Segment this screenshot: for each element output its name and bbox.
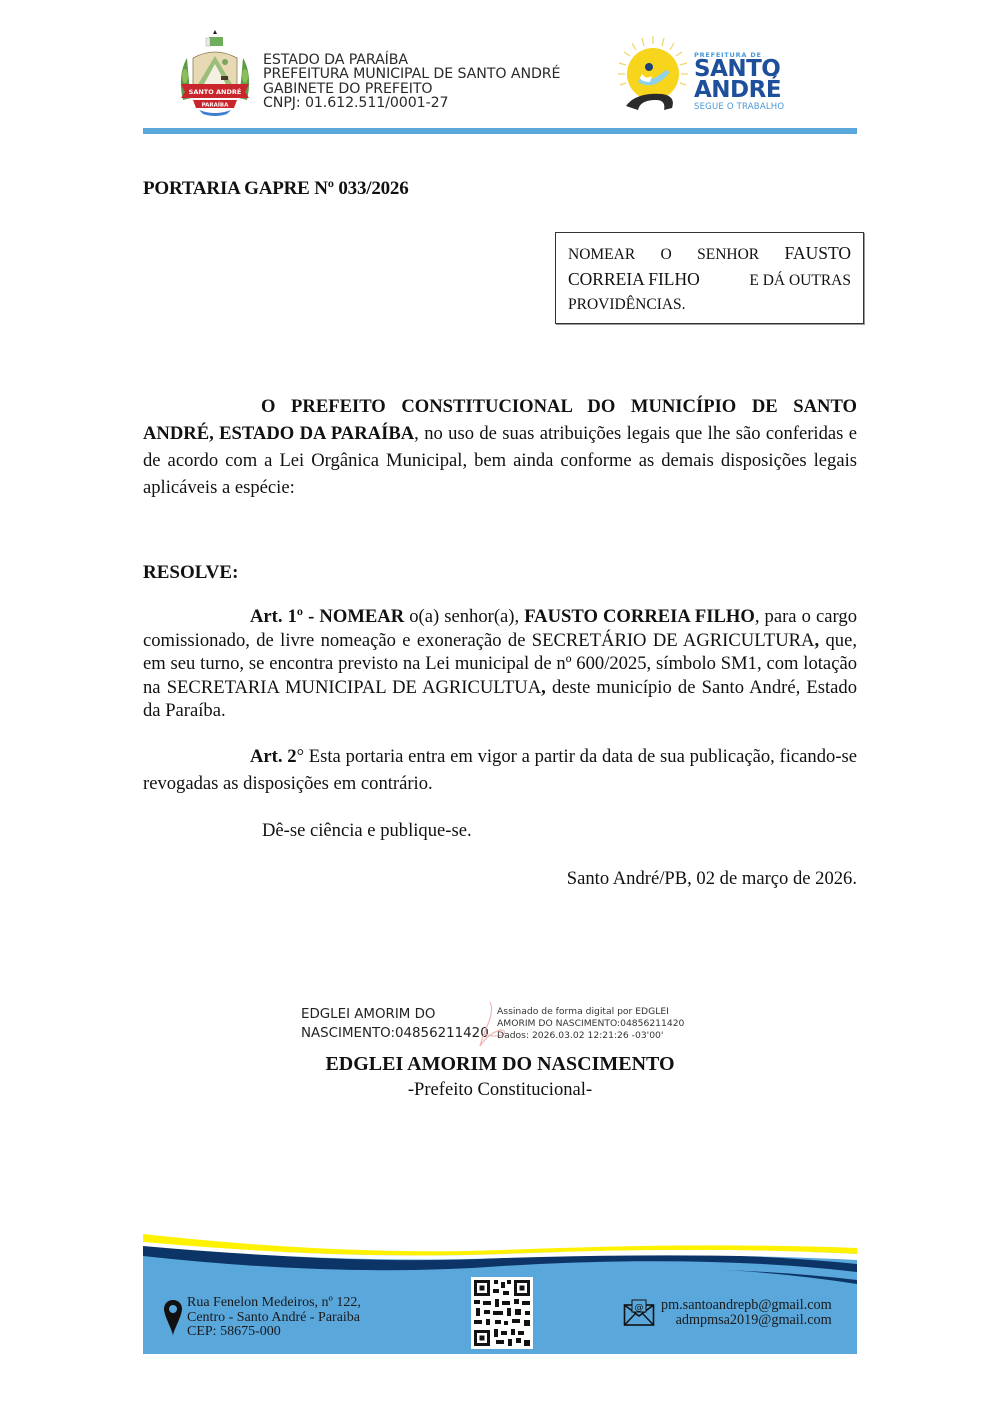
- closing-formula: Dê-se ciência e publique-se.: [262, 820, 472, 842]
- signatory-role: -Prefeito Constitucional-: [0, 1079, 1000, 1101]
- brand-logo: PREFEITURA DE SANTO ANDRÉ SEGUE O TRABAL…: [616, 34, 816, 124]
- signatory-printed-name: EDGLEI AMORIM DO NASCIMENTO: [0, 1053, 1000, 1076]
- brand-wordmark: PREFEITURA DE SANTO ANDRÉ SEGUE O TRABAL…: [694, 52, 784, 113]
- email-link-2[interactable]: admpmsa2019@gmail.com: [661, 1313, 832, 1328]
- digital-signer-name: EDGLEI AMORIM DO NASCIMENTO:04856211420: [301, 1005, 489, 1043]
- envelope-at-icon: @: [623, 1299, 655, 1327]
- resolve-heading: RESOLVE:: [143, 562, 238, 584]
- svg-text:PARAÍBA: PARAÍBA: [202, 101, 230, 109]
- qr-code-icon: [471, 1277, 533, 1349]
- header-prefecture: PREFEITURA MUNICIPAL DE SANTO ANDRÉ: [263, 67, 560, 81]
- ementa-box: NOMEAR O SENHOR FAUSTO CORREIA FILHO E D…: [555, 232, 864, 324]
- header-divider-bar: [143, 128, 857, 134]
- svg-text:@: @: [635, 1303, 644, 1313]
- header-cnpj: CNPJ: 01.612.511/0001-27: [263, 96, 560, 110]
- preamble-paragraph: O PREFEITO CONSTITUCIONAL DO MUNICÍPIO D…: [143, 393, 857, 501]
- email-link-1[interactable]: pm.santoandrepb@gmail.com: [661, 1298, 832, 1313]
- header-cabinet: GABINETE DO PREFEITO: [263, 82, 560, 96]
- appointee-name: FAUSTO CORREIA FILHO: [524, 606, 755, 627]
- article-1: Art. 1º - NOMEAR o(a) senhor(a), FAUSTO …: [143, 605, 857, 723]
- footer-contact: @ pm.santoandrepb@gmail.com admpmsa2019@…: [623, 1298, 832, 1328]
- map-pin-icon: [163, 1299, 183, 1337]
- article-2: Art. 2° Esta portaria entra em vigor a p…: [143, 743, 857, 797]
- digital-signature-details: Assinado de forma digital por EDGLEI AMO…: [497, 1006, 684, 1042]
- article-1-label: Art. 1º - NOMEAR: [250, 606, 404, 627]
- sun-road-logo-icon: [616, 34, 690, 114]
- document-title: PORTARIA GAPRE Nº 033/2026: [143, 178, 409, 200]
- article-2-label: Art. 2: [250, 746, 297, 767]
- footer-address: Rua Fenelon Medeiros, nº 122, Centro - S…: [163, 1296, 361, 1340]
- government-header-text: ESTADO DA PARAÍBA PREFEITURA MUNICIPAL D…: [263, 53, 560, 110]
- svg-text:SANTO ANDRÉ: SANTO ANDRÉ: [189, 87, 242, 96]
- place-and-date: Santo André/PB, 02 de março de 2026.: [567, 868, 857, 890]
- letterhead: SANTO ANDRÉ PARAÍBA ESTADO DA PARAÍBA PR…: [143, 28, 857, 136]
- municipal-coat-of-arms-icon: SANTO ANDRÉ PARAÍBA: [173, 28, 257, 116]
- footer-band: Rua Fenelon Medeiros, nº 122, Centro - S…: [143, 1230, 857, 1354]
